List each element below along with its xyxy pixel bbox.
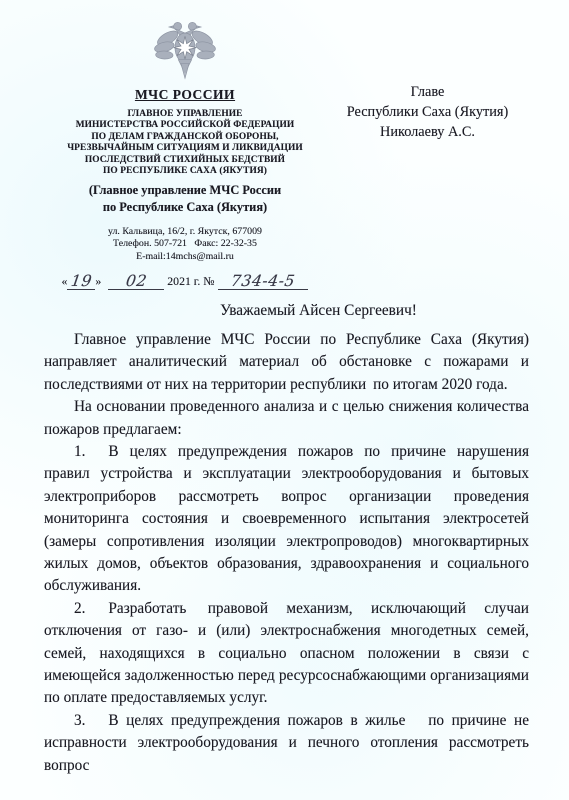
scanned-letter-page: МЧС РОССИИ ГЛАВНОЕ УПРАВЛЕНИЕ МИНИСТЕРСТ… bbox=[0, 0, 569, 800]
letter-paragraph: 2. Разработать правовой механизм, исключ… bbox=[44, 598, 529, 710]
letterhead-left-column: МЧС РОССИИ ГЛАВНОЕ УПРАВЛЕНИЕ МИНИСТЕРСТ… bbox=[44, 14, 326, 290]
mchs-eagle-emblem-icon bbox=[145, 14, 225, 84]
org-name-line: ГЛАВНОЕ УПРАВЛЕНИЕ bbox=[44, 109, 326, 120]
handwritten-number: 734-4-5 bbox=[230, 274, 296, 290]
email-line: E-mail:14mchs@mail.ru bbox=[44, 251, 326, 264]
recipient-line: Главе bbox=[326, 82, 529, 102]
address-line: ул. Кальвица, 16/2, г. Якутск, 677009 bbox=[44, 226, 326, 239]
org-name-line: ЧРЕЗВЫЧАЙНЫМ СИТУАЦИЯМ И ЛИКВИДАЦИИ bbox=[44, 143, 326, 154]
recipient-block: Главе Республики Саха (Якутия) Николаеву… bbox=[326, 82, 529, 142]
year-number-label: 2021 г. № bbox=[167, 274, 214, 288]
org-name-line: ПОСЛЕДСТВИЙ СТИХИЙНЫХ БЕДСТВИЙ bbox=[44, 155, 326, 166]
date-and-number-line: «19»02 2021 г. №734-4-5 bbox=[44, 273, 326, 290]
white-star-of-hope-icon bbox=[174, 36, 197, 59]
agency-title: МЧС РОССИИ bbox=[44, 87, 326, 103]
letterhead: МЧС РОССИИ ГЛАВНОЕ УПРАВЛЕНИЕ МИНИСТЕРСТ… bbox=[44, 14, 529, 290]
letter-paragraphs: Главное управление МЧС России по Республ… bbox=[44, 329, 529, 777]
handwritten-day: 19 bbox=[70, 274, 93, 290]
contact-block: ул. Кальвица, 16/2, г. Якутск, 677009 Те… bbox=[44, 226, 326, 264]
letter-paragraph: 1. В целях предупреждения пожаров по при… bbox=[44, 441, 529, 598]
letterhead-right-column: Главе Республики Саха (Якутия) Николаеву… bbox=[326, 14, 529, 290]
outgoing-number-blank: 734-4-5 bbox=[218, 273, 308, 290]
org-short-line: (Главное управление МЧС России bbox=[44, 182, 326, 199]
date-day-blank: 19 bbox=[67, 273, 95, 290]
recipient-line: Николаеву А.С. bbox=[326, 122, 529, 142]
org-full-name: ГЛАВНОЕ УПРАВЛЕНИЕ МИНИСТЕРСТВА РОССИЙСК… bbox=[44, 109, 326, 177]
letter-body: Уважаемый Айсен Сергеевич! Главное управ… bbox=[44, 302, 529, 777]
handwritten-month: 02 bbox=[125, 274, 148, 290]
org-name-line: ПО ДЕЛАМ ГРАЖДАНСКОЙ ОБОРОНЫ, bbox=[44, 132, 326, 143]
org-name-line: МИНИСТЕРСТВА РОССИЙСКОЙ ФЕДЕРАЦИИ bbox=[44, 120, 326, 131]
phone-fax-line: Телефон. 507-721 Факс: 22-32-35 bbox=[44, 238, 326, 251]
letter-paragraph: На основании проведенного анализа и с це… bbox=[44, 396, 529, 441]
letter-paragraph: 3. В целях предупреждения пожаров в жиль… bbox=[44, 710, 529, 777]
org-name-line: ПО РЕСПУБЛИКЕ САХА (ЯКУТИЯ) bbox=[44, 166, 326, 177]
date-month-blank: 02 bbox=[108, 273, 164, 290]
letter-paragraph: Главное управление МЧС России по Республ… bbox=[44, 329, 529, 396]
salutation: Уважаемый Айсен Сергеевич! bbox=[44, 302, 529, 320]
recipient-line: Республики Саха (Якутия) bbox=[326, 102, 529, 122]
org-short-line: по Республике Саха (Якутия) bbox=[44, 199, 326, 216]
org-short-name: (Главное управление МЧС России по Респуб… bbox=[44, 182, 326, 215]
close-quote: » bbox=[95, 274, 101, 288]
